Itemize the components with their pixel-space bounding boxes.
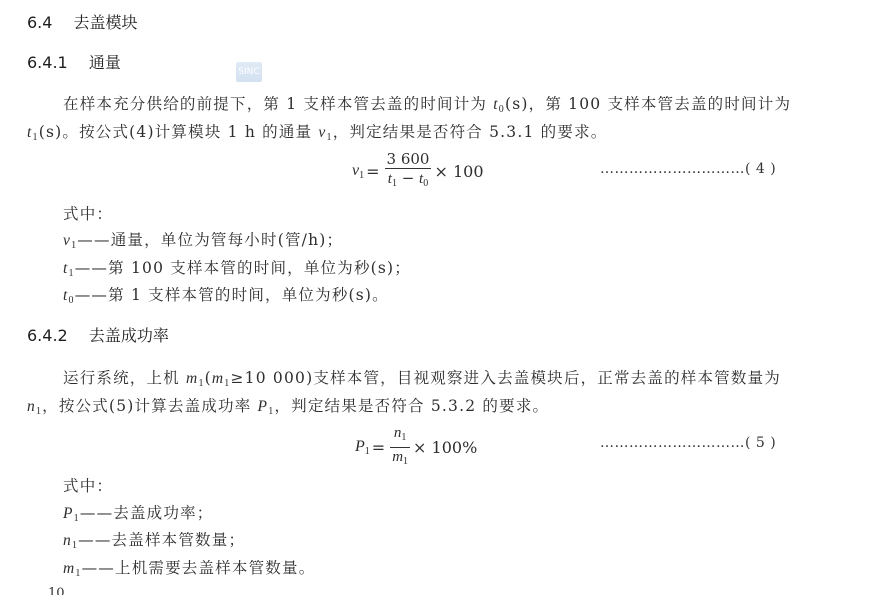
formula-lhs: v1: [352, 162, 364, 181]
where-label: 式中：: [63, 474, 113, 496]
equation-label: ( 5 ): [745, 435, 776, 451]
decap-paragraph-line-2: n1，按公式(5)计算去盖成功率 P1，判定结果是否符合 5.3.2 的要求。: [27, 394, 549, 417]
formula-5-leader: …………………………( 5 ): [600, 435, 776, 451]
section-number: 6.4: [27, 13, 52, 32]
definition-n1: n1——去盖样本管数量；: [63, 528, 245, 551]
symbol-v1: v1: [318, 124, 332, 141]
formula-4-leader: …………………………( 4 ): [600, 161, 776, 177]
definition-t0: t0——第 1 支样本管的时间，单位为秒(s)。: [63, 283, 389, 306]
fraction: 3 600 t1 − t0: [385, 150, 432, 193]
where-label: 式中：: [63, 202, 113, 224]
section-heading-6-4: 6.4 去盖模块: [27, 10, 138, 33]
section-title: 通量: [89, 53, 121, 72]
equation-label: ( 4 ): [745, 161, 776, 177]
throughput-paragraph-line-1: 在样本充分供给的前提下，第 1 支样本管去盖的时间计为 t0(s)，第 100 …: [63, 92, 791, 115]
symbol-t0: t0: [493, 96, 505, 113]
definition-t1: t1——第 100 支样本管的时间，单位为秒(s)；: [63, 256, 411, 279]
definition-p1: P1——去盖成功率；: [63, 501, 213, 524]
section-heading-6-4-1: 6.4.1 通量: [27, 50, 121, 73]
section-title: 去盖模块: [74, 13, 138, 32]
fraction: n1 m1: [390, 424, 410, 471]
throughput-paragraph-line-2: t1(s)。按公式(4)计算模块 1 h 的通量 v1，判定结果是否符合 5.3…: [27, 120, 607, 143]
definition-m1: m1——上机需要去盖样本管数量。: [63, 556, 315, 579]
formula-4: v1 = 3 600 t1 − t0 × 100: [352, 150, 484, 193]
page-number: 10: [48, 586, 65, 595]
formula-5: P1 = n1 m1 × 100%: [355, 424, 477, 471]
section-number: 6.4.1: [27, 53, 68, 72]
symbol-t1: t1: [27, 124, 39, 141]
section-title: 去盖成功率: [89, 326, 169, 345]
watermark-logo: SINC: [236, 62, 262, 82]
formula-lhs: P1: [355, 438, 370, 457]
definition-v1: v1——通量，单位为管每小时(管/h)；: [63, 228, 343, 251]
decap-paragraph-line-1: 运行系统，上机 m1(m1≥10 000)支样本管，目视观察进入去盖模块后，正常…: [63, 366, 781, 389]
section-number: 6.4.2: [27, 326, 68, 345]
section-heading-6-4-2: 6.4.2 去盖成功率: [27, 323, 169, 346]
